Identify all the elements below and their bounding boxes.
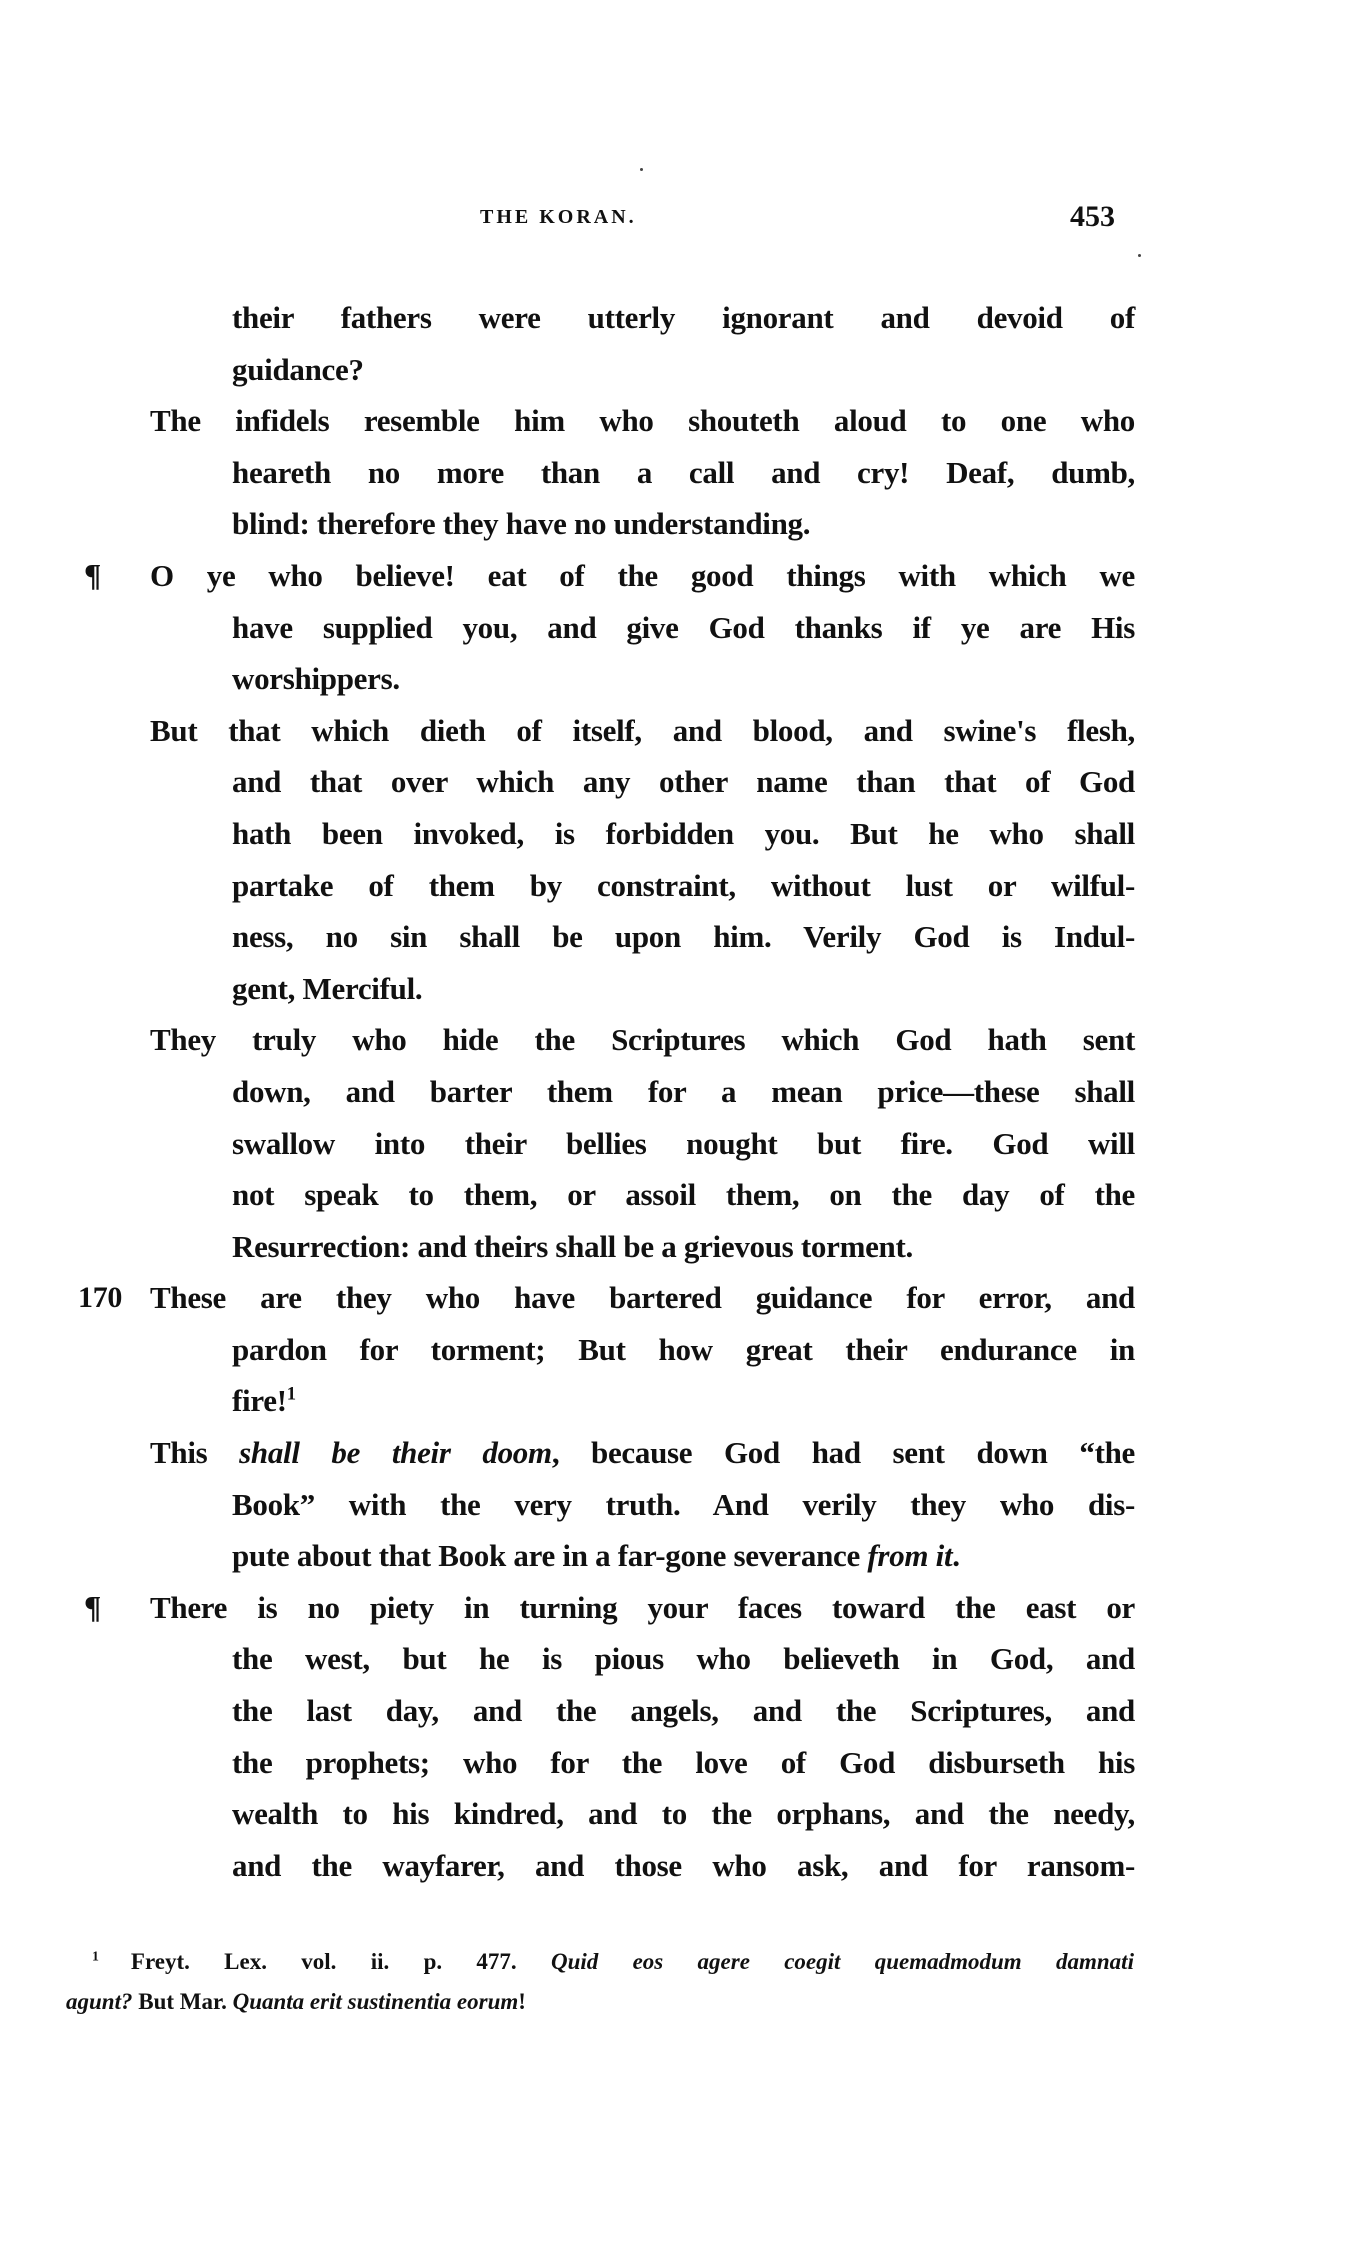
footnote-text: agunt? But Mar. Quanta erit sustinentia …	[66, 1982, 526, 2022]
paragraph: their fathers were utterly ignorant and …	[0, 292, 1358, 395]
scan-speck	[1138, 254, 1141, 257]
line-text: But that which dieth of itself, and bloo…	[150, 705, 1135, 757]
text-line: The infidels resemble him who shouteth a…	[0, 395, 1358, 447]
text-line: swallow into their bellies nought but fi…	[0, 1118, 1358, 1170]
line-text: This shall be their doom, because God ha…	[150, 1427, 1135, 1479]
page-body: their fathers were utterly ignorant and …	[0, 292, 1358, 1891]
footnote-line: 1 Freyt. Lex. vol. ii. p. 477. Quid eos …	[0, 1942, 1358, 1982]
paragraph: This shall be their doom, because God ha…	[0, 1427, 1358, 1582]
line-text: Book” with the very truth. And verily th…	[232, 1479, 1135, 1531]
text-line: and that over which any other name than …	[0, 756, 1358, 808]
verse-number: 170	[78, 1272, 122, 1324]
text-line: ness, no sin shall be upon him. Verily G…	[0, 911, 1358, 963]
text-run: , because God had sent down “the	[552, 1435, 1135, 1470]
line-text: ness, no sin shall be upon him. Verily G…	[232, 911, 1135, 963]
paragraph: They truly who hide the Scriptures which…	[0, 1014, 1358, 1272]
text-line: worshippers.	[0, 653, 1358, 705]
italic-text: Quid eos agere coegit quemadmodum damnat…	[551, 1949, 1134, 1974]
line-text: the west, but he is pious who believeth …	[232, 1633, 1135, 1685]
pilcrow-section-mark: ¶	[84, 1582, 101, 1634]
line-text: heareth no more than a call and cry! Dea…	[232, 447, 1135, 499]
page-number: 453	[1070, 200, 1115, 234]
paragraph: ¶O ye who believe! eat of the good thing…	[0, 550, 1358, 705]
line-text: They truly who hide the Scriptures which…	[150, 1014, 1135, 1066]
text-line: heareth no more than a call and cry! Dea…	[0, 447, 1358, 499]
text-line: wealth to his kindred, and to the orphan…	[0, 1788, 1358, 1840]
footnote-line: agunt? But Mar. Quanta erit sustinentia …	[0, 1982, 1358, 2022]
paragraph: 170These are they who have bartered guid…	[0, 1272, 1358, 1427]
scan-speck	[640, 168, 643, 171]
pilcrow-section-mark: ¶	[84, 550, 101, 602]
text-run: Freyt. Lex. vol. ii. p. 477.	[131, 1949, 551, 1974]
text-line: down, and barter them for a mean price—t…	[0, 1066, 1358, 1118]
text-line: This shall be their doom, because God ha…	[0, 1427, 1358, 1479]
text-line: ¶There is no piety in turning your faces…	[0, 1582, 1358, 1634]
paragraph: But that which dieth of itself, and bloo…	[0, 705, 1358, 1015]
text-run: But Mar.	[132, 1989, 232, 2014]
italic-text: shall be their doom	[239, 1435, 552, 1470]
line-text: pardon for torment; But how great their …	[232, 1324, 1135, 1376]
text-line: their fathers were utterly ignorant and …	[0, 292, 1358, 344]
text-run: pute about that Book are in a far-gone s…	[232, 1538, 867, 1573]
line-text: The infidels resemble him who shouteth a…	[150, 395, 1135, 447]
line-text: worshippers.	[232, 653, 1135, 705]
line-text: fire!1	[232, 1375, 1135, 1427]
text-line: the west, but he is pious who believeth …	[0, 1633, 1358, 1685]
line-text: O ye who believe! eat of the good things…	[150, 550, 1135, 602]
italic-text: agunt?	[66, 1989, 132, 2014]
line-text: the prophets; who for the love of God di…	[232, 1737, 1135, 1789]
paragraph: The infidels resemble him who shouteth a…	[0, 395, 1358, 550]
text-line: pute about that Book are in a far-gone s…	[0, 1530, 1358, 1582]
text-line: the prophets; who for the love of God di…	[0, 1737, 1358, 1789]
page-header: THE KORAN. 453	[0, 200, 1358, 240]
line-text: hath been invoked, is forbidden you. But…	[232, 808, 1135, 860]
text-line: not speak to them, or assoil them, on th…	[0, 1169, 1358, 1221]
text-line: have supplied you, and give God thanks i…	[0, 602, 1358, 654]
line-text: Resurrection: and theirs shall be a grie…	[232, 1221, 1135, 1273]
line-text: and that over which any other name than …	[232, 756, 1135, 808]
text-line: 170These are they who have bartered guid…	[0, 1272, 1358, 1324]
line-text: guidance?	[232, 344, 1135, 396]
text-line: Book” with the very truth. And verily th…	[0, 1479, 1358, 1531]
line-text: gent, Merciful.	[232, 963, 1135, 1015]
line-text: There is no piety in turning your faces …	[150, 1582, 1135, 1634]
text-line: Resurrection: and theirs shall be a grie…	[0, 1221, 1358, 1273]
text-line: guidance?	[0, 344, 1358, 396]
text-line: partake of them by constraint, without l…	[0, 860, 1358, 912]
line-text: and the wayfarer, and those who ask, and…	[232, 1840, 1135, 1892]
line-text: the last day, and the angels, and the Sc…	[232, 1685, 1135, 1737]
text-line: They truly who hide the Scriptures which…	[0, 1014, 1358, 1066]
footnote-number: 1	[92, 1948, 131, 1963]
text-run: .	[952, 1538, 959, 1573]
text-run: This	[150, 1435, 239, 1470]
line-text: have supplied you, and give God thanks i…	[232, 602, 1135, 654]
text-line: blind: therefore they have no understand…	[0, 498, 1358, 550]
line-text: pute about that Book are in a far-gone s…	[232, 1530, 1135, 1582]
italic-text: Quanta erit sustinentia eorum	[233, 1989, 519, 2014]
text-line: But that which dieth of itself, and bloo…	[0, 705, 1358, 757]
footnote-reference[interactable]: 1	[287, 1384, 296, 1405]
text-line: ¶O ye who believe! eat of the good thing…	[0, 550, 1358, 602]
footnotes: 1 Freyt. Lex. vol. ii. p. 477. Quid eos …	[0, 1942, 1358, 2022]
text-line: gent, Merciful.	[0, 963, 1358, 1015]
line-text: swallow into their bellies nought but fi…	[232, 1118, 1135, 1170]
text-line: and the wayfarer, and those who ask, and…	[0, 1840, 1358, 1892]
line-text: These are they who have bartered guidanc…	[150, 1272, 1135, 1324]
paragraph: ¶There is no piety in turning your faces…	[0, 1582, 1358, 1892]
text-line: the last day, and the angels, and the Sc…	[0, 1685, 1358, 1737]
text-line: pardon for torment; But how great their …	[0, 1324, 1358, 1376]
text-run: !	[518, 1989, 526, 2014]
text-line: fire!1	[0, 1375, 1358, 1427]
italic-text: from it	[867, 1538, 952, 1573]
running-title: THE KORAN.	[480, 206, 637, 229]
line-text: not speak to them, or assoil them, on th…	[232, 1169, 1135, 1221]
line-text: wealth to his kindred, and to the orphan…	[232, 1788, 1135, 1840]
line-text: blind: therefore they have no understand…	[232, 498, 1135, 550]
line-text: their fathers were utterly ignorant and …	[232, 292, 1135, 344]
text-line: hath been invoked, is forbidden you. But…	[0, 808, 1358, 860]
line-text: down, and barter them for a mean price—t…	[232, 1066, 1135, 1118]
footnote-text: 1 Freyt. Lex. vol. ii. p. 477. Quid eos …	[92, 1942, 1134, 1982]
line-text: partake of them by constraint, without l…	[232, 860, 1135, 912]
